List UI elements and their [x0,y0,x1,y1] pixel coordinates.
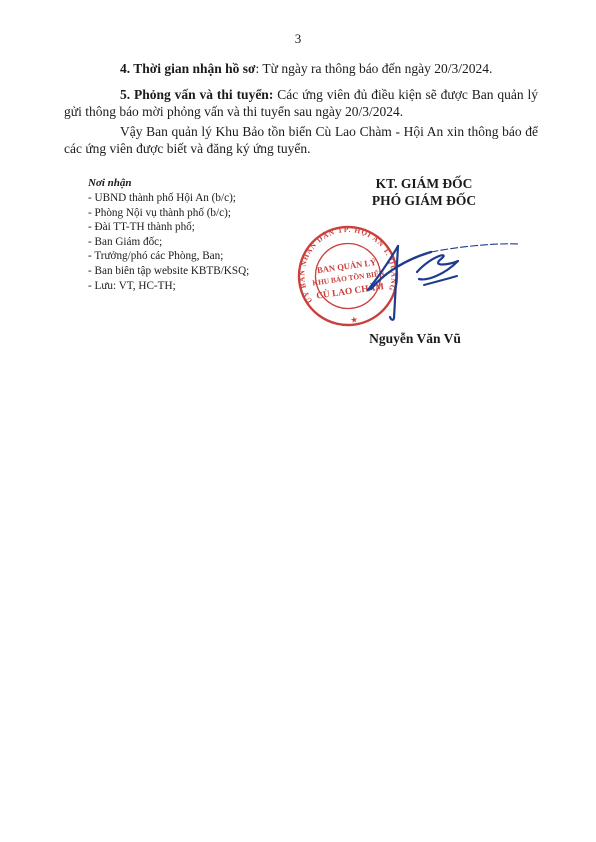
recipient-item: - UBND thành phố Hội An (b/c); [88,191,308,206]
recipients-block: Nơi nhận - UBND thành phố Hội An (b/c); … [88,177,308,293]
paragraph-item-4: 4. Thời gian nhận hồ sơ: Từ ngày ra thôn… [64,60,538,77]
handwritten-signature [345,238,525,323]
recipient-item: - Đài TT-TH thành phố; [88,220,308,235]
item-5-heading: 5. Phỏng vấn và thi tuyển: [120,87,273,102]
signature-title-line1: KT. GIÁM ĐỐC [332,176,516,193]
signature-loop [417,255,458,279]
page-number: 3 [0,31,596,47]
signature-underline [424,276,457,285]
signature-title-line2: PHÓ GIÁM ĐỐC [332,193,516,210]
recipient-item: - Ban biên tập website KBTB/KSQ; [88,264,308,279]
signature-stroke [371,252,431,289]
recipient-item: - Ban Giám đốc; [88,235,308,250]
signature-title-block: KT. GIÁM ĐỐC PHÓ GIÁM ĐỐC [332,176,516,209]
recipient-item: - Lưu: VT, HC-TH; [88,279,308,294]
signature-flourish [431,244,519,252]
item-4-heading: 4. Thời gian nhận hồ sơ [120,61,256,76]
paragraph-item-5: 5. Phỏng vấn và thi tuyển: Các ứng viên … [64,86,538,120]
paragraph-closing: Vậy Ban quản lý Khu Bảo tồn biển Cù Lao … [64,123,538,157]
recipients-title: Nơi nhận [88,177,308,189]
recipient-item: - Phòng Nội vụ thành phố (b/c); [88,206,308,221]
document-page: 3 4. Thời gian nhận hồ sơ: Từ ngày ra th… [0,0,596,842]
signer-name: Nguyễn Văn Vũ [323,331,507,347]
document-body: 4. Thời gian nhận hồ sơ: Từ ngày ra thôn… [64,60,538,166]
recipient-item: - Trưởng/phó các Phòng, Ban; [88,249,308,264]
item-4-text: : Từ ngày ra thông báo đến ngày 20/3/202… [256,61,493,76]
